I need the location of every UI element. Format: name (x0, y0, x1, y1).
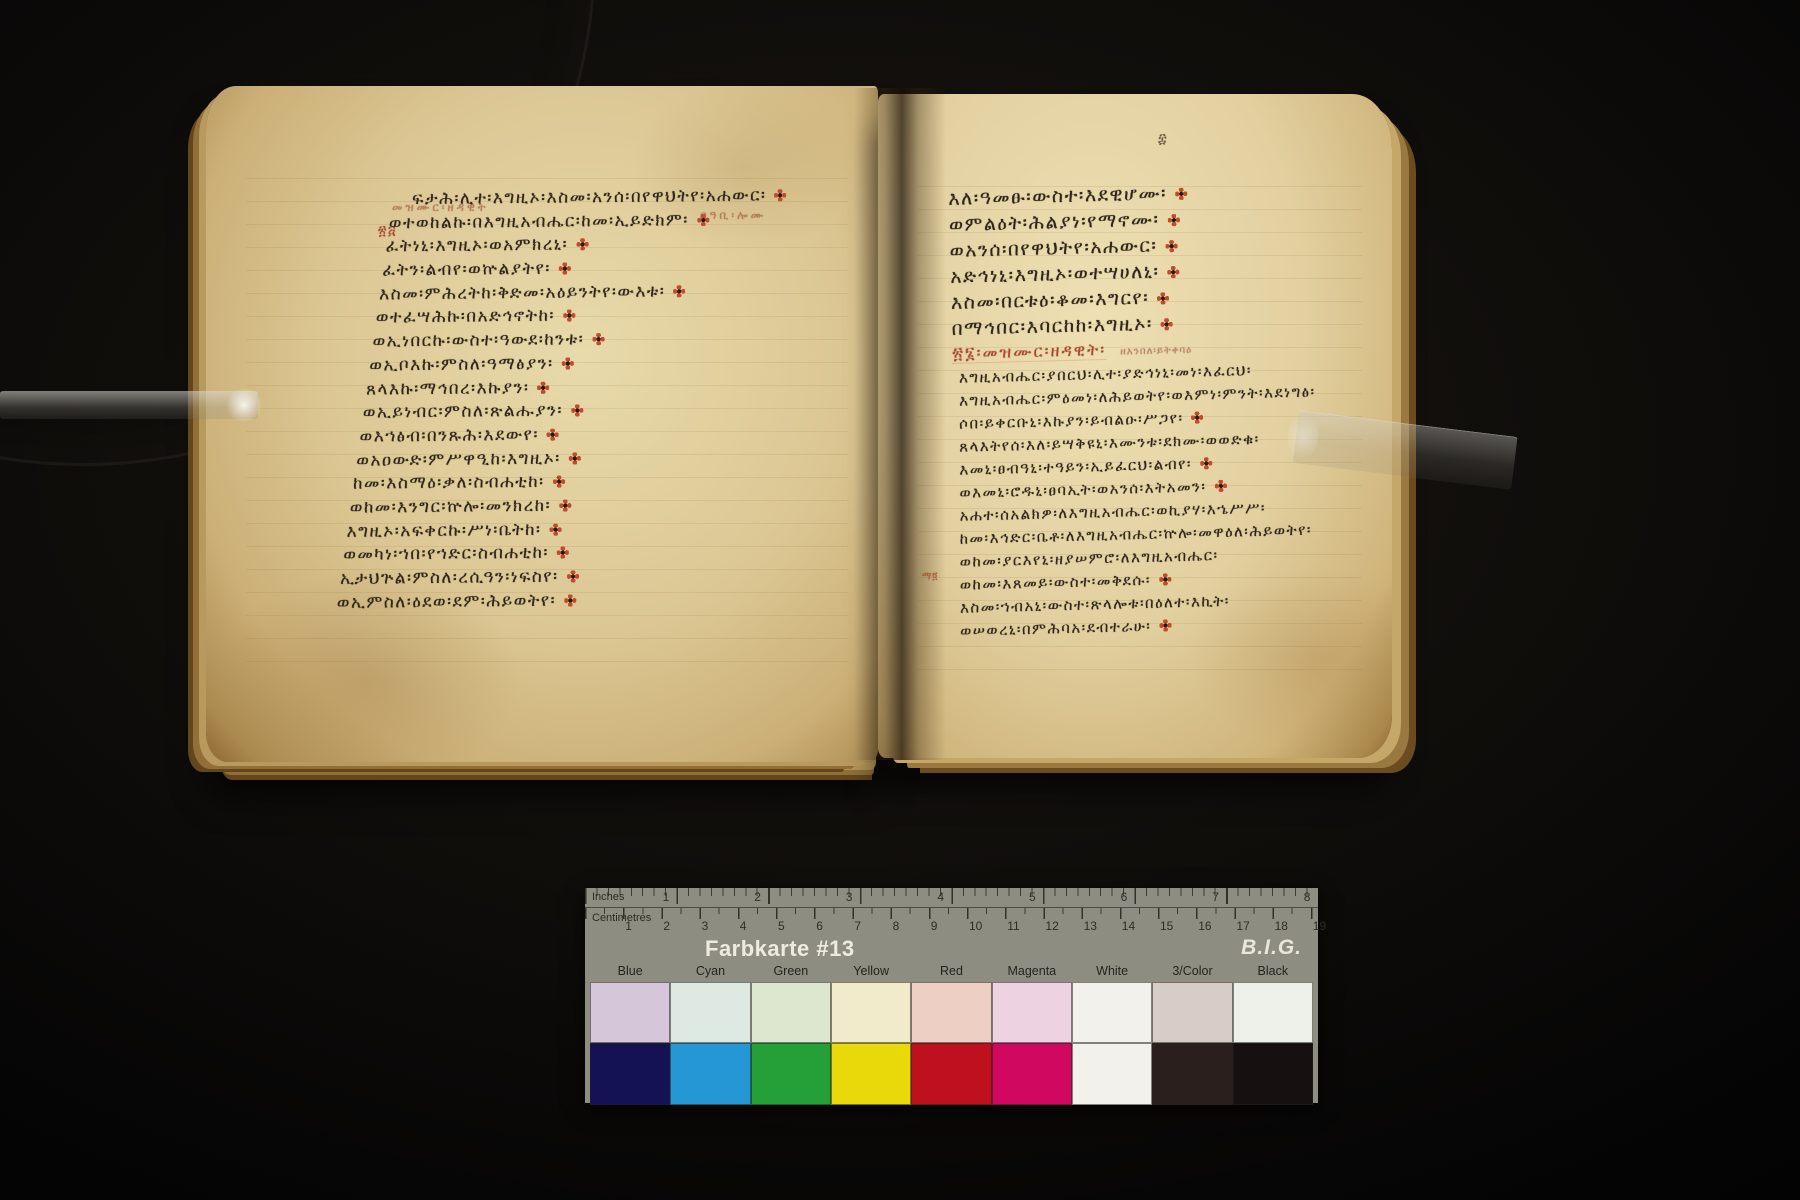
cm-number: 6 (816, 919, 823, 933)
cm-number: 8 (893, 919, 900, 933)
cm-number: 2 (663, 919, 670, 933)
line-text: ወመካነ፡ኀበ፡የኀድር፡ስብሐቲከ፡ (343, 543, 549, 565)
cm-number: 11 (1007, 919, 1019, 933)
swatch-tint-red (911, 982, 991, 1043)
cm-number: 3 (702, 919, 709, 933)
line-end-ornament-icon (673, 285, 685, 297)
line-end-ornament-icon (1167, 214, 1179, 226)
cm-number: 19 (1313, 919, 1326, 933)
swatch-solid-3-color (1152, 1043, 1232, 1105)
line-text: እለ፡ዓመፁ፡ውስተ፡እደዊሆሙ፡ (948, 182, 1167, 210)
color-calibration-card: Inches 12345678 123456789101112131415161… (585, 888, 1318, 1103)
inch-number: 4 (937, 890, 944, 904)
swatch-row-tints (585, 982, 1318, 1043)
swatch-solid-yellow (831, 1043, 911, 1105)
line-end-ornament-icon (1175, 188, 1187, 200)
inch-number: 5 (1029, 890, 1036, 904)
swatch-solid-cyan (670, 1043, 750, 1105)
inch-number: 1 (663, 890, 670, 904)
line-text: እግዚኦ፡አፍቀርኩ፡ሥነ፡ቤትከ፡ (346, 519, 541, 541)
photo-backdrop: መዝሙር፡ዘዳዊት በዓቢ፡ሎሙ ፳፭ ፍታሕ፡ሊተ፡እግዚኦ፡እስመ፡አንሰ፡… (0, 0, 1800, 1200)
swatch-label-yellow: Yellow (831, 964, 911, 982)
cm-number: 9 (931, 919, 938, 933)
line-end-ornament-icon (774, 189, 786, 201)
right-page-text-block: እለ፡ዓመፁ፡ውስተ፡እደዊሆሙ፡ወምልዕት፡ሕልያነ፡የማኖሙ፡ወአንሰ፡በየ… (948, 179, 1322, 645)
swatch-tint-green (751, 982, 831, 1043)
ruler-inches: Inches 12345678 (585, 888, 1318, 908)
page-holder-strip-left (0, 391, 258, 419)
line-end-ornament-icon (1159, 573, 1171, 585)
swatch-tint-yellow (831, 982, 911, 1043)
line-text: ወኢምስለ፡ዕደወ፡ደም፡ሕይወትየ፡ (337, 590, 556, 612)
inch-major-ticks (585, 888, 1318, 904)
cm-number: 18 (1275, 919, 1288, 933)
line-end-ornament-icon (697, 214, 709, 226)
swatch-solid-white (1072, 1043, 1152, 1105)
line-end-ornament-icon (553, 476, 565, 488)
swatch-label-green: Green (751, 964, 831, 982)
line-end-ornament-icon (564, 594, 576, 606)
swatch-label-magenta: Magenta (992, 964, 1072, 982)
line-text: በማኅበር፡እባርከከ፡እግዚኦ፡ (951, 313, 1153, 340)
line-end-ornament-icon (1200, 457, 1212, 469)
line-text: ወኢቦእኩ፡ምስለ፡ዓማፅያን፡ (369, 353, 553, 375)
cm-number: 7 (854, 919, 861, 933)
card-title-row: Farbkarte #13 B.I.G. (585, 934, 1318, 964)
inch-number: 3 (846, 890, 853, 904)
swatch-label-cyan: Cyan (670, 964, 750, 982)
book-gutter-shadow (854, 88, 946, 760)
inches-label: Inches (592, 891, 624, 903)
left-page-text-block: ፍታሕ፡ሊተ፡እግዚኦ፡እስመ፡አንሰ፡በየዋህትየ፡አሐውር፡ወተወከልኩ፡በ… (330, 185, 791, 616)
line-text: ወተወከልኩ፡በእግዚአብሔር፡ከመ፡ኢይድክም፡ (389, 210, 689, 233)
swatch-tint-white (1072, 982, 1152, 1043)
cm-number: 14 (1122, 919, 1135, 933)
line-end-ornament-icon (1191, 411, 1203, 423)
line-text: ወአንሰ፡በየዋህትየ፡አሐውር፡ (949, 235, 1157, 262)
right-page-margin-gloss: ማ፬ (922, 572, 944, 582)
swatch-row-solids (585, 1043, 1318, 1105)
psalm-rubric: ፳፮፡መዝሙር፡ዘዳዊት፡ (952, 340, 1106, 364)
cm-number: 12 (1045, 919, 1058, 933)
cm-number: 13 (1084, 919, 1097, 933)
line-end-ornament-icon (1214, 480, 1226, 492)
swatch-label-3-color: 3/Color (1152, 964, 1232, 982)
swatch-tint-cyan (670, 982, 750, 1043)
cm-major-ticks (585, 908, 1318, 919)
cm-number: 4 (740, 919, 747, 933)
card-brand: B.I.G. (1241, 936, 1302, 960)
ruler-centimetres: 12345678910111213141516171819 (585, 908, 1318, 934)
line-text: አድኅነኒ፡እግዚኦ፡ወተሣሀለኒ፡ (950, 260, 1160, 287)
swatch-solid-blue (590, 1043, 670, 1105)
line-end-ornament-icon (549, 523, 561, 535)
cm-number: 17 (1236, 919, 1249, 933)
swatch-label-red: Red (911, 964, 991, 982)
line-text: ወሠወረኒ፡በምሕባአ፡ደብተራሁ፡ (960, 617, 1152, 640)
swatch-label-white: White (1072, 964, 1152, 982)
line-text: ወምልዕት፡ሕልያነ፡የማኖሙ፡ (949, 208, 1160, 236)
line-end-ornament-icon (576, 239, 588, 251)
line-end-ornament-icon (1159, 619, 1171, 631)
line-end-ornament-icon (1167, 266, 1179, 278)
line-end-ornament-icon (562, 357, 574, 369)
line-text: ወእኀፅብ፡በንጹሕ፡እደውየ፡ (359, 425, 539, 447)
line-end-ornament-icon (1157, 292, 1169, 304)
swatch-label-black: Black (1233, 964, 1313, 982)
line-end-ornament-icon (557, 547, 569, 559)
line-end-ornament-icon (563, 310, 575, 322)
line-text: ከመ፡እስማዕ፡ቃለ፡ስብሐቲከ፡ (353, 472, 545, 494)
inch-number: 7 (1212, 890, 1219, 904)
swatch-tint-3-color (1152, 982, 1232, 1043)
line-end-ornament-icon (537, 381, 549, 393)
centimetres-label: Centimetres (592, 912, 651, 924)
line-text: ጸላእኩ፡ማኅበረ፡እኩያን፡ (366, 377, 530, 399)
swatch-tint-black (1233, 982, 1313, 1043)
line-end-ornament-icon (567, 570, 579, 582)
swatch-solid-red (911, 1043, 991, 1105)
psalm-rubric-subtitle: ዘእንበለ፡ይትቀባዕ (1120, 345, 1192, 358)
card-title: Farbkarte #13 (705, 936, 855, 962)
line-text: ወኢነበርኩ፡ውስተ፡ዓውደ፡ከንቱ፡ (372, 329, 584, 351)
line-end-ornament-icon (592, 333, 604, 345)
line-text: እስመ፡ምሕረትከ፡ቅድመ፡አዕይንትየ፡ውእቱ፡ (379, 281, 665, 304)
line-end-ornament-icon (547, 428, 559, 440)
cm-number: 16 (1198, 919, 1211, 933)
inch-number: 8 (1304, 890, 1311, 904)
line-text: እስመ፡በርቱዕ፡ቆመ፡እግርየ፡ (951, 287, 1150, 314)
folio-mark: ፰ (1158, 132, 1168, 147)
line-text: ፈትነኒ፡እግዚኦ፡ወአምክረኒ፡ (385, 235, 568, 257)
cm-number: 10 (969, 919, 982, 933)
swatch-labels-row: BlueCyanGreenYellowRedMagentaWhite3/Colo… (585, 964, 1318, 982)
left-page-line: ወኢምስለ፡ዕደወ፡ደም፡ሕይወትየ፡ (337, 588, 791, 616)
line-end-ornament-icon (571, 405, 583, 417)
line-end-ornament-icon (569, 452, 581, 464)
line-text: ወከመ፡እጸመይ፡ውስተ፡መቅደሱ፡ (960, 571, 1151, 594)
swatch-label-blue: Blue (590, 964, 670, 982)
inch-number: 6 (1121, 890, 1128, 904)
line-text: ወከመ፡እንግር፡ኵሎ፡መንክረከ፡ (350, 496, 551, 518)
line-text: ፈትን፡ልብየ፡ወኵልያትየ፡ (382, 259, 551, 281)
line-text: ወአዐውድ፡ምሥዋዒከ፡እግዚኦ፡ (356, 448, 561, 470)
inch-number: 2 (754, 890, 761, 904)
card-ruler: Inches 12345678 123456789101112131415161… (585, 888, 1318, 934)
line-end-ornament-icon (1165, 240, 1177, 252)
swatch-solid-magenta (992, 1043, 1072, 1105)
cm-number: 15 (1160, 919, 1173, 933)
line-end-ornament-icon (559, 499, 571, 511)
line-text: ወኢይነብር፡ምስለ፡ጽልሑያን፡ (363, 401, 563, 423)
swatch-tint-blue (590, 982, 670, 1043)
swatch-solid-black (1233, 1043, 1313, 1105)
line-text: ፍታሕ፡ሊተ፡እግዚኦ፡እስመ፡አንሰ፡በየዋህትየ፡አሐውር፡ (412, 185, 767, 209)
swatch-solid-green (751, 1043, 831, 1105)
cm-number: 5 (778, 919, 785, 933)
swatch-tint-magenta (992, 982, 1072, 1043)
line-end-ornament-icon (559, 263, 571, 275)
line-text: ኢታህጕል፡ምስለ፡ረሲዓን፡ነፍስየ፡ (340, 567, 559, 589)
line-end-ornament-icon (1161, 318, 1173, 330)
line-text: ወተፈሣሕኩ፡በአድኅኖትከ፡ (376, 306, 555, 328)
